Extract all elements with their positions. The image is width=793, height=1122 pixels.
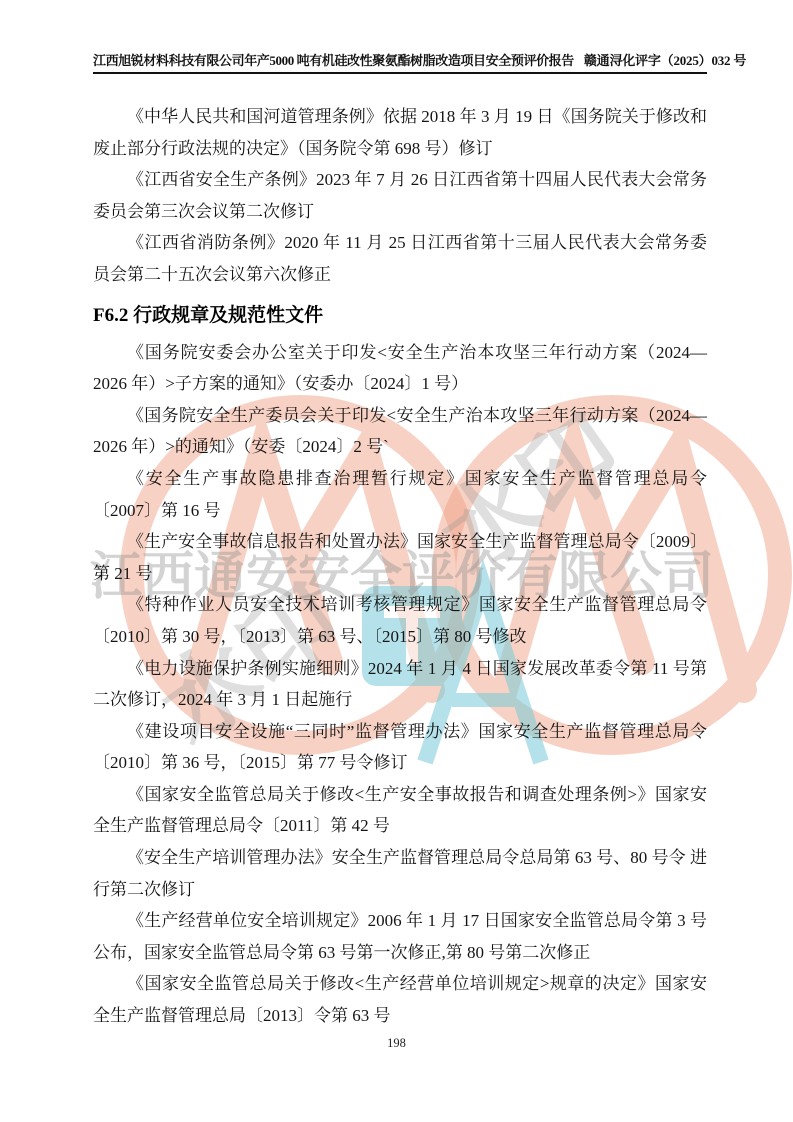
paragraph-regulation: 《安全生产事故隐患排查治理暂行规定》国家安全生产监督管理总局令〔2007〕第 1… bbox=[93, 463, 707, 526]
report-title: 江西旭锐材料科技有限公司年产5000 吨有机硅改性聚氨酯树脂改造项目安全预评价报… bbox=[93, 52, 574, 69]
section-heading-f6-2: F6.2 行政规章及规范性文件 bbox=[93, 302, 707, 330]
page-number: 198 bbox=[0, 1036, 793, 1051]
paragraph-jiangxi-fire-regulation: 《江西省消防条例》2020 年 11 月 25 日江西省第十三届人民代表大会常务… bbox=[93, 227, 707, 290]
paragraph-regulation: 《生产经营单位安全培训规定》2006 年 1 月 17 日国家安全监管总局令第 … bbox=[93, 905, 707, 968]
paragraph-river-regulation: 《中华人民共和国河道管理条例》依据 2018 年 3 月 19 日《国务院关于修… bbox=[93, 101, 707, 164]
page-header: 江西旭锐材料科技有限公司年产5000 吨有机硅改性聚氨酯树脂改造项目安全预评价报… bbox=[93, 52, 707, 74]
paragraph-jiangxi-safety-regulation: 《江西省安全生产条例》2023 年 7 月 26 日江西省第十四届人民代表大会常… bbox=[93, 164, 707, 227]
paragraph-regulation: 《国务院安全生产委员会关于印发<安全生产治本攻坚三年行动方案（2024—2026… bbox=[93, 400, 707, 463]
document-page: 江西通安安全评价有限公司 水印 水印 江西旭锐材料科技有限公司年产5000 吨有… bbox=[0, 0, 793, 1122]
document-number: 赣通浔化评字（2025）032 号 bbox=[584, 52, 746, 69]
paragraph-regulation: 《安全生产培训管理办法》安全生产监督管理总局令总局第 63 号、80 号令 进行… bbox=[93, 842, 707, 905]
paragraph-regulation: 《电力设施保护条例实施细则》2024 年 1 月 4 日国家发展改革委令第 11… bbox=[93, 653, 707, 716]
paragraph-regulation: 《国家安全监管总局关于修改<生产安全事故报告和调查处理条例>》国家安全生产监督管… bbox=[93, 779, 707, 842]
paragraph-regulation: 《生产安全事故信息报告和处置办法》国家安全生产监督管理总局令〔2009〕第 21… bbox=[93, 526, 707, 589]
paragraph-regulation: 《国家安全监管总局关于修改<生产经营单位培训规定>规章的决定》国家安全生产监督管… bbox=[93, 968, 707, 1031]
paragraph-regulation: 《特种作业人员安全技术培训考核管理规定》国家安全生产监督管理总局令〔2010〕第… bbox=[93, 589, 707, 652]
paragraph-regulation: 《国务院安委会办公室关于印发<安全生产治本攻坚三年行动方案（2024—2026 … bbox=[93, 337, 707, 400]
paragraph-regulation: 《建设项目安全设施“三同时”监督管理办法》国家安全生产监督管理总局令〔2010〕… bbox=[93, 716, 707, 779]
document-body: 《中华人民共和国河道管理条例》依据 2018 年 3 月 19 日《国务院关于修… bbox=[93, 101, 707, 1032]
